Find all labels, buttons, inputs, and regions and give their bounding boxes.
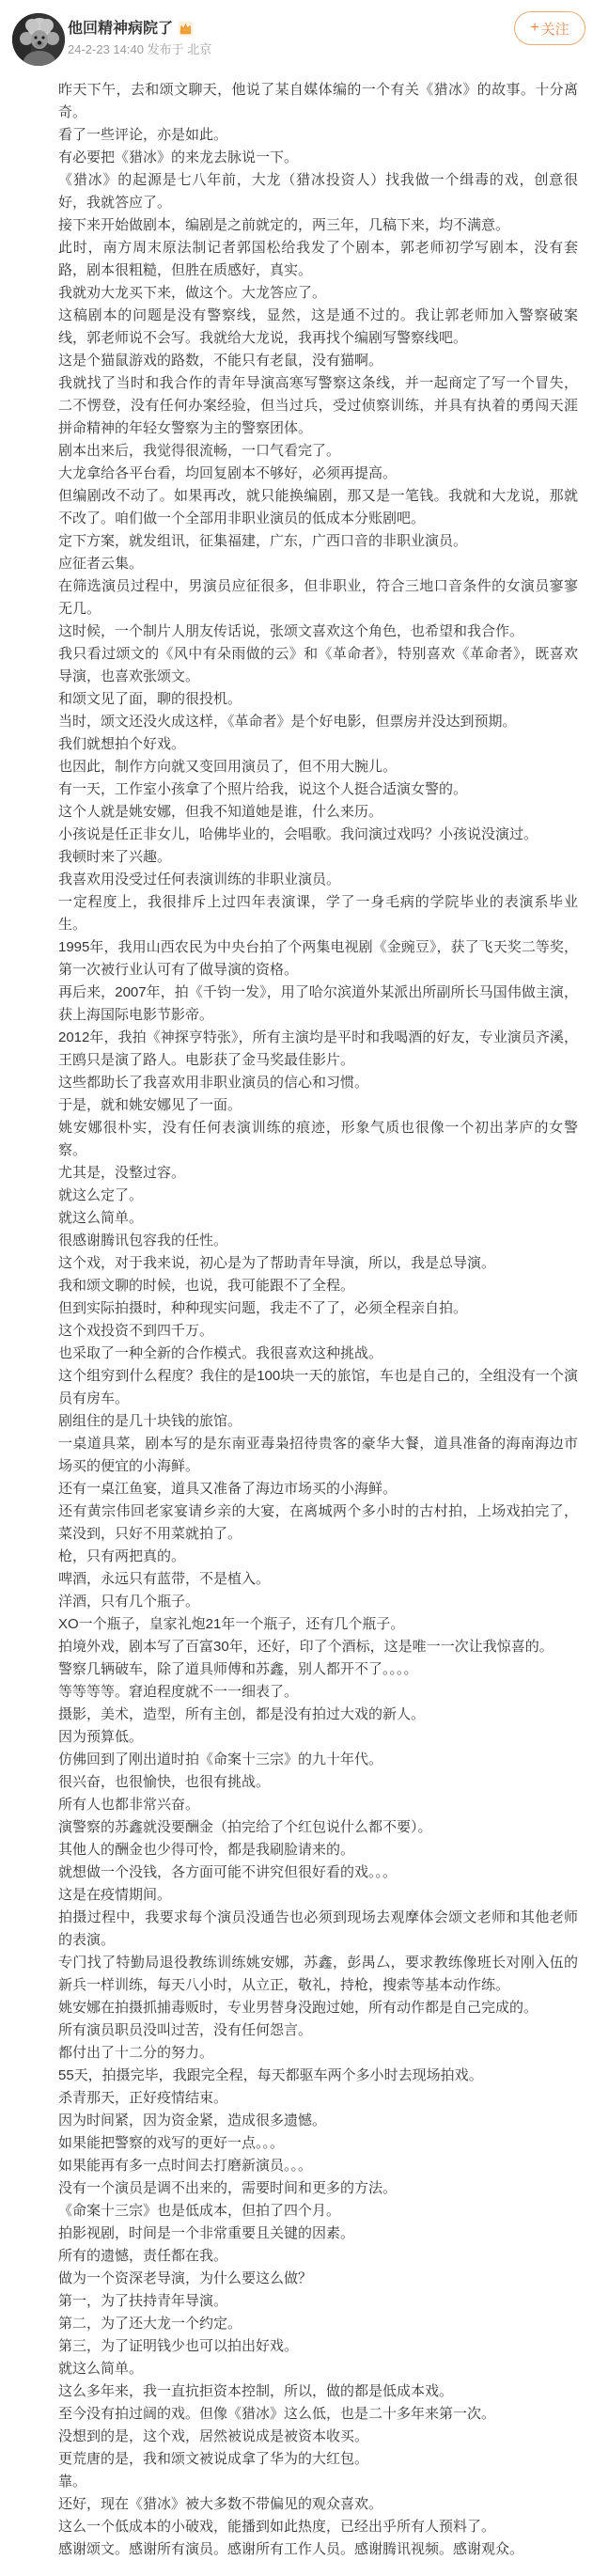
post-paragraph: 仿佛回到了刚出道时拍《命案十三宗》的九十年代。 bbox=[58, 1749, 578, 1771]
post-source: 发布于 北京 bbox=[148, 42, 212, 56]
post-paragraph: 更荒唐的是，我和颂文被说成拿了华为的大红包。 bbox=[58, 2448, 578, 2471]
post-paragraph: 专门找了特勤局退役教练训练姚安娜，苏鑫，彭禺厶，要求教练像班长对刚入伍的新兵一样… bbox=[58, 1952, 578, 1997]
post-paragraph: 做为一个资深老导演，为什么要这么做？ bbox=[58, 2268, 578, 2290]
post-paragraph: 摄影，美术，造型，所有主创，都是没有拍过大戏的新人。 bbox=[58, 1704, 578, 1726]
post-paragraph: 应征者云集。 bbox=[58, 553, 578, 575]
post-paragraph: 这个戏投资不到四千万。 bbox=[58, 1320, 578, 1343]
post-paragraph: 昨天下午，去和颂文聊天，他说了某自媒体编的一个有关《猎冰》的故事。十分离奇。 bbox=[58, 79, 578, 124]
post-paragraph: 就这么简单。 bbox=[58, 1207, 578, 1230]
post-paragraph: 此时，南方周末原法制记者郭国松给我发了个剧本，郭老师初学写剧本，没有套路，剧本很… bbox=[58, 237, 578, 282]
post-paragraph: 洋酒，只有几个瓶子。 bbox=[58, 1591, 578, 1613]
post-paragraph: 1995年，我用山西农民为中央台拍了个两集电视剧《金豌豆》，获了飞天奖二等奖，第… bbox=[58, 936, 578, 982]
post-paragraph: 我就劝大龙买下来，做这个。大龙答应了。 bbox=[58, 282, 578, 305]
post-paragraph: 感谢颂文。感谢所有演员。感谢所有工作人员。感谢腾讯视频。感谢观众。 bbox=[58, 2538, 578, 2561]
post-paragraph: 警察几辆破车，除了道具师傅和苏鑫，别人都开不了。。。。 bbox=[58, 1658, 578, 1681]
post-paragraph: 剧组住的是几十块钱的旅馆。 bbox=[58, 1410, 578, 1433]
post-timestamp: 24-2-23 14:40 发布于 北京 bbox=[68, 43, 593, 56]
post-paragraph: 我只看过颂文的《风中有朵雨做的云》和《革命者》，特别喜欢《革命者》，既喜欢导演，… bbox=[58, 643, 578, 688]
post-paragraph: 这是个猫鼠游戏的路数，不能只有老鼠，没有猫啊。 bbox=[58, 350, 578, 372]
verified-letter: V bbox=[61, 65, 65, 66]
post-paragraph: 没有一个演员是调不出来的，需要时间和更多的方法。 bbox=[58, 2177, 578, 2200]
post-paragraph: 我们就想拍个好戏。 bbox=[58, 733, 578, 756]
post-header: V 他回精神病院了 24-2-23 14:40 发布于 北京 +关注 bbox=[0, 0, 593, 73]
avatar[interactable]: V bbox=[12, 13, 65, 66]
post-paragraph: 我和颂文聊的时候，也说，我可能跟不了全程。 bbox=[58, 1275, 578, 1297]
post-paragraph: 55天，拍摄完毕，我跟完全程，每天都驱车两个多小时去现场拍戏。 bbox=[58, 2065, 578, 2087]
post-paragraph: 这些都助长了我喜欢用非职业演员的信心和习惯。 bbox=[58, 1072, 578, 1094]
post-paragraph: 这是在疫情期间。 bbox=[58, 1884, 578, 1907]
post-paragraph: 所有的遗憾，责任都在我。 bbox=[58, 2245, 578, 2268]
post-paragraph: 于是，就和姚安娜见了一面。 bbox=[58, 1094, 578, 1117]
post-paragraph: 有必要把《猎冰》的来龙去脉说一下。 bbox=[58, 147, 578, 169]
post-paragraph: 但编剧改不动了。如果再改，就只能换编剧，那又是一笔钱。我就和大龙说，那就不改了。… bbox=[58, 485, 578, 530]
post-paragraph: 姚安娜很朴实，没有任何表演训练的痕迹，形象气质也很像一个初出茅庐的女警察。 bbox=[58, 1117, 578, 1162]
post-paragraph: 至今没有拍过阔的戏。但像《猎冰》这么低，也是二十多年来第一次。 bbox=[58, 2403, 578, 2426]
post-paragraph: 所有人也都非常兴奋。 bbox=[58, 1794, 578, 1816]
post-paragraph: 没想到的是，这个戏，居然被说成是被资本收买。 bbox=[58, 2426, 578, 2448]
post-paragraph: 其他人的酬金也少得可怜，都是我刷脸请来的。 bbox=[58, 1839, 578, 1861]
verified-badge-icon: V bbox=[55, 61, 65, 66]
post-paragraph: 就这么定了。 bbox=[58, 1185, 578, 1207]
post-paragraph: 所有演员职员没叫过苦，没有任何怨言。 bbox=[58, 2019, 578, 2042]
post-paragraph: 就想做一个没钱，各方面可能不讲究但很好看的戏。。。 bbox=[58, 1861, 578, 1884]
post-paragraph: 这时候，一个制片人朋友传话说，张颂文喜欢这个角色，也希望和我合作。 bbox=[58, 620, 578, 643]
plus-icon: + bbox=[530, 20, 538, 37]
post-paragraph: 尤其是，没整过容。 bbox=[58, 1162, 578, 1185]
post-paragraph: 剧本出来后，我觉得很流畅，一口气看完了。 bbox=[58, 440, 578, 463]
post-paragraph: 很感谢腾讯包容我的任性。 bbox=[58, 1230, 578, 1252]
post-paragraph: 啤酒，永远只有蓝带，不是植入。 bbox=[58, 1568, 578, 1591]
post-paragraph: 等等等等。窘迫程度就不一一细表了。 bbox=[58, 1681, 578, 1704]
post-paragraph: XO一个瓶子，皇家礼炮21年一个瓶子，还有几个瓶子。 bbox=[58, 1613, 578, 1636]
post-paragraph: 和颂文见了面，聊的很投机。 bbox=[58, 688, 578, 711]
post-paragraph: 拍影视剧，时间是一个非常重要且关键的因素。 bbox=[58, 2223, 578, 2245]
post-paragraph: 这么一个低成本的小破戏，能播到如此热度，已经出乎所有人预料了。 bbox=[58, 2516, 578, 2538]
post-paragraph: 在筛选演员过程中，男演员应征很多，但非职业，符合三地口音条件的女演员寥寥无几。 bbox=[58, 575, 578, 620]
post-paragraph: 姚安娜在拍摄抓捕毒贩时，专业男替身没跑过她，所有动作都是自己完成的。 bbox=[58, 1997, 578, 2019]
post-paragraph: 靠。 bbox=[58, 2471, 578, 2493]
post-paragraph: 都付出了十二分的努力。 bbox=[58, 2042, 578, 2065]
post-paragraph: 这么多年来，我一直抗拒资本控制，所以，做的都是低成本戏。 bbox=[58, 2380, 578, 2403]
weibo-post-page: V 他回精神病院了 24-2-23 14:40 发布于 北京 +关注 bbox=[0, 0, 593, 2576]
post-paragraph: 演警察的苏鑫就没要酬金（拍完给了个红包说什么都不要）。 bbox=[58, 1816, 578, 1839]
post-paragraph: 拍摄过程中，我要求每个演员没通告也必须到现场去观摩体会颂文老师和其他老师的表演。 bbox=[58, 1907, 578, 1952]
post-paragraph: 还有一桌江鱼宴，道具又准备了海边市场买的小海鲜。 bbox=[58, 1478, 578, 1500]
post-paragraph: 第二，为了还大龙一个约定。 bbox=[58, 2313, 578, 2335]
post-paragraph: 如果能把警察的戏写的更好一点。。。 bbox=[58, 2132, 578, 2155]
vip-crown-icon bbox=[178, 21, 194, 37]
post-paragraph: 《猎冰》的起源是七八年前，大龙（猎冰投资人）找我做一个缉毒的戏，创意很好，我就答… bbox=[58, 169, 578, 214]
post-paragraph: 也因此，制作方向就又变回用演员了，但不用大腕儿。 bbox=[58, 756, 578, 778]
post-paragraph: 也采取了一种全新的合作模式。我很喜欢这种挑战。 bbox=[58, 1343, 578, 1365]
post-paragraph: 杀青那天，正好疫情结束。 bbox=[58, 2087, 578, 2110]
post-paragraph: 有一天，工作室小孩拿了个照片给我，说这个人挺合适演女警的。 bbox=[58, 778, 578, 801]
post-paragraph: 第一，为了扶持青年导演。 bbox=[58, 2290, 578, 2313]
post-paragraph: 当时，颂文还没火成这样，《革命者》是个好电影，但票房并没达到预期。 bbox=[58, 711, 578, 733]
post-paragraph: 这个人就是姚安娜，但我不知道她是谁，什么来历。 bbox=[58, 801, 578, 824]
post-text: 昨天下午，去和颂文聊天，他说了某自媒体编的一个有关《猎冰》的故事。十分离奇。看了… bbox=[0, 73, 593, 2576]
post-paragraph: 第三，为了证明钱少也可以拍出好戏。 bbox=[58, 2335, 578, 2358]
post-paragraph: 我就找了当时和我合作的青年导演高寒写警察这条线，并一起商定了写一个冒失，二不愣登… bbox=[58, 372, 578, 440]
post-paragraph: 小孩说是任正非女儿，哈佛毕业的，会唱歌。我问演过戏吗？小孩说没演过。 bbox=[58, 824, 578, 846]
post-paragraph: 还有黄宗伟回老家宴请乡亲的大宴，在离城两个多小时的古村拍，上场戏拍完了，菜没到，… bbox=[58, 1500, 578, 1546]
post-paragraph: 接下来开始做剧本，编剧是之前就定的，两三年，几稿下来，均不满意。 bbox=[58, 214, 578, 237]
post-paragraph: 我顿时来了兴趣。 bbox=[58, 846, 578, 869]
post-paragraph: 这个组穷到什么程度？我住的是100块一天的旅馆，车也是自己的，全组没有一个演员有… bbox=[58, 1365, 578, 1410]
post-paragraph: 就这么简单。 bbox=[58, 2358, 578, 2380]
post-paragraph: 拍境外戏，剧本写了百富30年，还好，印了个酒标，这是唯一一次让我惊喜的。 bbox=[58, 1636, 578, 1658]
post-paragraph: 很兴奋，也很愉快，也很有挑战。 bbox=[58, 1771, 578, 1794]
post-time: 24-2-23 14:40 bbox=[68, 42, 144, 56]
post-paragraph: 我喜欢用没受过任何表演训练的非职业演员。 bbox=[58, 869, 578, 891]
follow-button[interactable]: +关注 bbox=[514, 11, 585, 45]
post-paragraph: 因为时间紧，因为资金紧，造成很多遗憾。 bbox=[58, 2110, 578, 2132]
post-paragraph: 因为预算低。 bbox=[58, 1726, 578, 1749]
post-paragraph: 《命案十三宗》也是低成本，但拍了四个月。 bbox=[58, 2200, 578, 2223]
post-paragraph: 如果能再有多一点时间去打磨新演员。。。 bbox=[58, 2155, 578, 2177]
post-paragraph: 这个戏，对于我来说，初心是为了帮助青年导演，所以，我是总导演。 bbox=[58, 1252, 578, 1275]
post-paragraph: 定下方案，就发组讯，征集福建，广东，广西口音的非职业演员。 bbox=[58, 530, 578, 553]
poodle-photo bbox=[12, 13, 65, 66]
post-paragraph: 还好，现在《猎冰》被大多数不带偏见的观众喜欢。 bbox=[58, 2493, 578, 2516]
post-paragraph: 大龙拿给各平台看，均回复剧本不够好，必须再提高。 bbox=[58, 463, 578, 485]
username[interactable]: 他回精神病院了 bbox=[68, 21, 173, 37]
post-paragraph: 但到实际拍摄时，种种现实问题，我走不了了，必须全程亲自拍。 bbox=[58, 1297, 578, 1320]
post-paragraph: 看了一些评论，亦是如此。 bbox=[58, 124, 578, 147]
post-paragraph: 2012年，我拍《神探亨特张》，所有主演均是平时和我喝酒的好友，专业演员齐溪，王… bbox=[58, 1027, 578, 1072]
post-paragraph: 再后来，2007年，拍《千钧一发》，用了哈尔滨道外某派出所副所长马国伟做主演，获… bbox=[58, 982, 578, 1027]
post-paragraph: 一桌道具菜，剧本写的是东南亚毒枭招待贵客的豪华大餐，道具准备的海南海边市场买的便… bbox=[58, 1433, 578, 1478]
follow-label: 关注 bbox=[541, 19, 570, 39]
post-paragraph: 枪，只有两把真的。 bbox=[58, 1546, 578, 1568]
post-paragraph: 一定程度上，我很排斥上过四年表演课，学了一身毛病的学院毕业的表演系毕业生。 bbox=[58, 891, 578, 936]
post-paragraph: 这稿剧本的问题是没有警察线，显然，这是通不过的。我让郭老师加入警察破案线，郭老师… bbox=[58, 305, 578, 350]
